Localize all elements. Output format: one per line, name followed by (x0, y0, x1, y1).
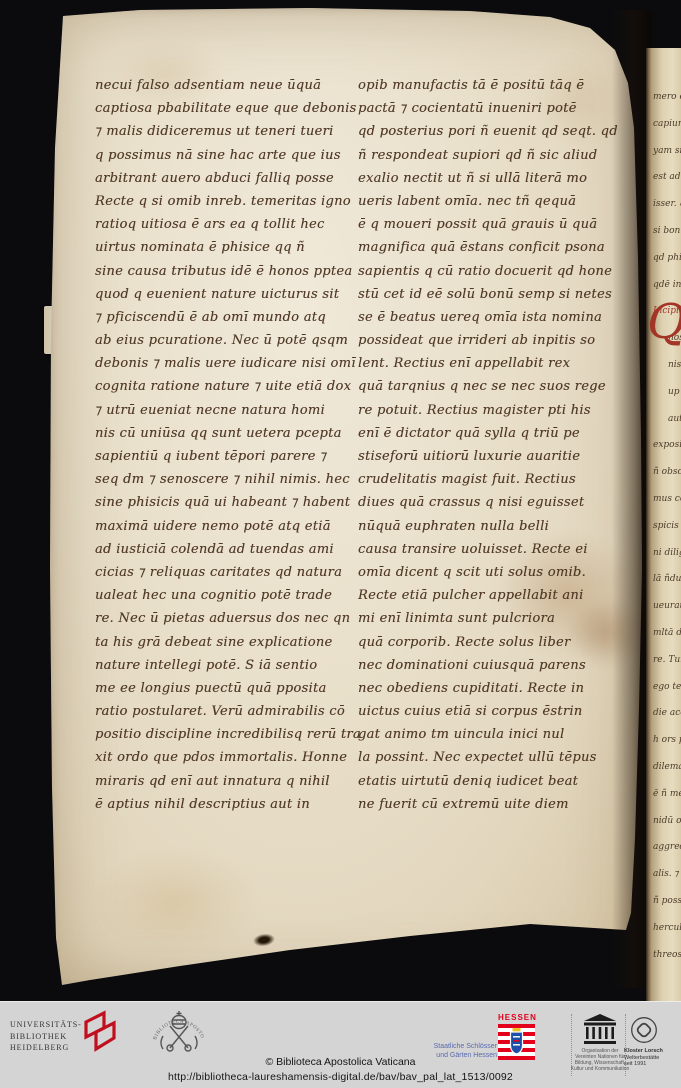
manuscript-text-line: Recte q si omib inreb. temeritas igno (95, 190, 355, 213)
rubricated-initial: Q (647, 298, 681, 346)
facing-text-line: mltā dis (653, 620, 681, 647)
manuscript-text-line: q possimus nā sine hac arte que ius (95, 144, 355, 167)
manuscript-text-line: lent. Rectius enī appellabit rex (358, 352, 630, 375)
right-text-column: opib manufactis tā ē positū tāq ēpactā ⁊… (358, 74, 630, 816)
facing-text-line: qd philo (653, 245, 681, 272)
manuscript-page: necui falso adsentiam neue ūquācaptiosa … (50, 8, 644, 990)
manuscript-text-line: nis cū uniūsa qq sunt uetera pcepta (95, 422, 355, 445)
manuscript-text-line: causa transire uoluisset. Recte ei (358, 538, 630, 561)
manuscript-text-line: re potuit. Rectius magister pti his (358, 399, 630, 422)
scanned-manuscript-view: necui falso adsentiam neue ūquācaptiosa … (0, 0, 681, 1088)
manuscript-text-line: possideat que irrideri ab inpitis so (358, 329, 630, 352)
facing-text-line: ñ posst or (653, 888, 681, 915)
facing-page-text: mero ēcapiunbyam si banest ad ilisser. q… (653, 84, 681, 968)
ub-heidelberg-wordmark: UNIVERSITÄTS- BIBLIOTHEK HEIDELBERG (10, 1019, 82, 1054)
manuscript-text-line: maximā uidere nemo potē atq etiā (95, 515, 355, 538)
manuscript-text-line: enī ē dictator quā sylla q triū pe (358, 422, 630, 445)
facing-text-line: die accus (653, 700, 681, 727)
manuscript-text-line: necui falso adsentiam neue ūquā (95, 74, 355, 97)
manuscript-text-line: ta his grā debeat sine explicatione (95, 631, 355, 654)
facing-text-line: aut (653, 406, 681, 433)
manuscript-text-line: ab eius pcuratione. Nec ū potē qsqm (95, 329, 355, 352)
facing-page-edge: mero ēcapiunbyam si banest ad ilisser. q… (646, 48, 681, 1002)
facing-text-line: ego te ha (653, 674, 681, 701)
manuscript-text-line: omīa dicent q scit uti solus omib. (358, 561, 630, 584)
facing-text-line: up (653, 379, 681, 406)
facing-text-line: expositist (653, 432, 681, 459)
ub-wordmark-line: HEIDELBERG (10, 1042, 82, 1054)
manuscript-text-line: cognita ratione nature ⁊ uite etiā dox (95, 375, 355, 398)
manuscript-text-line: seq dm ⁊ senoscere ⁊ nihil nimis. hec (95, 468, 355, 491)
facing-text-line: ni diligo (653, 540, 681, 567)
manuscript-text-line: ñ respondeat supiori qd ñ sic aliud (358, 144, 630, 167)
facing-text-line: nisi (653, 352, 681, 379)
manuscript-text-line: nature intellegi potē. S iā sentio (95, 654, 355, 677)
ub-wordmark-line: UNIVERSITÄTS- (10, 1019, 82, 1031)
manuscript-text-line: la possint. Nec expectet ullū tēpus (358, 746, 630, 769)
hessen-flag-icon (498, 1024, 535, 1060)
manuscript-text-line: me ee longius puectū quā pposita (95, 677, 355, 700)
manuscript-text-line: captiosa pbabilitate eque que debonis (95, 97, 355, 120)
manuscript-text-line: nec obediens cupiditati. Recte in (358, 677, 630, 700)
manuscript-text-line: ⁊ utrū eueniat necne natura homi (95, 399, 355, 422)
manuscript-text-line: quod q euenient nature uicturus sit (95, 283, 355, 306)
manuscript-text-line: uictus cuius etiā si corpus ēstrin (358, 700, 630, 723)
facing-text-line: h ors por (653, 727, 681, 754)
facing-text-line: dilemarū p (653, 754, 681, 781)
manuscript-text-line: mi enī linimta sunt pulcriora (358, 607, 630, 630)
hessen-caption-line: Staatliche Schlösser (380, 1042, 497, 1051)
manuscript-text-line: se ē beatus uereq omīa ista nomina (358, 306, 630, 329)
facing-text-line: mero ē (653, 84, 681, 111)
manuscript-text-line: ratio postularet. Verū admirabilis cō (95, 700, 355, 723)
source-url: http://bibliotheca-laureshamensis-digita… (0, 1071, 681, 1083)
facing-text-line: re. Tum i (653, 647, 681, 674)
manuscript-text-line: positio discipline incredibilisq rerū tr… (95, 723, 355, 746)
manuscript-text-line: qd posterius pori ñ euenit qd seqt. qd (358, 120, 630, 143)
manuscript-text-line: Recte etiā pulcher appellabit ani (358, 584, 630, 607)
manuscript-text-line: quā tarqnius q nec se nec suos rege (358, 375, 630, 398)
manuscript-text-line: sapientiū q iubent tēpori parere ⁊ (95, 445, 355, 468)
manuscript-text-line: debonis ⁊ malis uere iudicare nisi omī (95, 352, 355, 375)
manuscript-text-line: miraris qd enī aut innatura q nihil (95, 770, 355, 793)
manuscript-text-line: nec dominationi cuiusquā parens (358, 654, 630, 677)
facing-text-line: est ad il (653, 164, 681, 191)
manuscript-text-line: quā corporib. Recte solus liber (358, 631, 630, 654)
facing-text-line: aggredere (653, 834, 681, 861)
unesco-temple-icon (582, 1014, 618, 1046)
manuscript-text-line: ne fuerit cū extremū uite diem (358, 793, 630, 816)
manuscript-text-line: cicias ⁊ reliquas caritates qd natura (95, 561, 355, 584)
facing-text-line: nidū opti (653, 808, 681, 835)
copyright-text: © Biblioteca Apostolica Vaticana (0, 1056, 681, 1068)
manuscript-text-line: ē q moueri possit quā grauis ū quā (358, 213, 630, 236)
manuscript-text-line: re. Nec ū pietas aduersus dos nec qn (95, 607, 355, 630)
facing-text-line: mus contr (653, 486, 681, 513)
manuscript-text-line: crudelitatis magist fuit. Rectius (358, 468, 630, 491)
facing-text-line: alis. ⁊ arc (653, 861, 681, 888)
facing-text-line: ueurate ñ (653, 593, 681, 620)
ub-wordmark-line: BIBLIOTHEK (10, 1031, 82, 1043)
facing-text-line: ñ obscura (653, 459, 681, 486)
facing-text-line: yam si ban (653, 138, 681, 165)
facing-text-line: spicis sum (653, 513, 681, 540)
left-text-column: necui falso adsentiam neue ūquācaptiosa … (95, 74, 355, 816)
manuscript-text-line: ualeat hec una cognitio potē trade (95, 584, 355, 607)
manuscript-text-line: arbitrant auero abduci falliq posse (95, 167, 355, 190)
manuscript-text-line: ē aptius nihil descriptius aut in (95, 793, 355, 816)
manuscript-text-line: pactā ⁊ cocientatū inueniri potē (358, 97, 630, 120)
facing-text-line: capiunb (653, 111, 681, 138)
manuscript-text-line: exalio nectit ut ñ si ullā literā mo (358, 167, 630, 190)
facing-text-line: threos. ñ e (653, 942, 681, 969)
manuscript-text-line: magnifica quā ēstans conficit psona (358, 236, 630, 259)
ub-heidelberg-books-icon (84, 1008, 118, 1054)
manuscript-text-line: diues quā crassus q nisi eguisset (358, 491, 630, 514)
facing-text-line: hercule in (653, 915, 681, 942)
manuscript-text-line: ueris labent omīa. nec tñ qequā (358, 190, 630, 213)
facing-text-line: si bonus (653, 218, 681, 245)
manuscript-text-line: gat animo tm uincula inici nul (358, 723, 630, 746)
manuscript-text-line: sine causa tributus idē ē honos pptea (95, 260, 355, 283)
facing-text-line: lā ñdu id (653, 566, 681, 593)
manuscript-text-line: sapientis q cū ratio docuerit qd hone (358, 260, 630, 283)
manuscript-text-line: uirtus nominata ē phisice qq ñ (95, 236, 355, 259)
manuscript-text-line: etatis uirtutū deniq iudicet beat (358, 770, 630, 793)
manuscript-text-line: ratioq uitiosa ē ars ea q tollit hec (95, 213, 355, 236)
manuscript-text-line: opib manufactis tā ē positū tāq ē (358, 74, 630, 97)
facing-text-line: ē ñ melior (653, 781, 681, 808)
manuscript-text-line: stū cet id eē solū bonū semp si netes (358, 283, 630, 306)
manuscript-text-line: ad iusticiā colendā ad tuendas ami (95, 538, 355, 561)
manuscript-text-line: ⁊ pficiscendū ē ab omī mundo atq (95, 306, 355, 329)
manuscript-text-line: ⁊ malis didiceremus ut teneri tueri (95, 120, 355, 143)
hessen-logo-title: HESSEN (498, 1013, 536, 1022)
footer-credit-bar: UNIVERSITÄTS- BIBLIOTHEK HEIDELBERG BIBL… (0, 1001, 681, 1088)
manuscript-text-line: xit ordo que pdos immortalis. Honne (95, 746, 355, 769)
kloster-lorsch-knot-icon (630, 1016, 658, 1044)
manuscript-text-line: nūquā euphraten nulla belli (358, 515, 630, 538)
manuscript-text-line: sine phisicis quā ui habeant ⁊ habent (95, 491, 355, 514)
manuscript-text-line: stiseforū uitiorū luxurie auaritie (358, 445, 630, 468)
facing-text-line: isser. qu (653, 191, 681, 218)
